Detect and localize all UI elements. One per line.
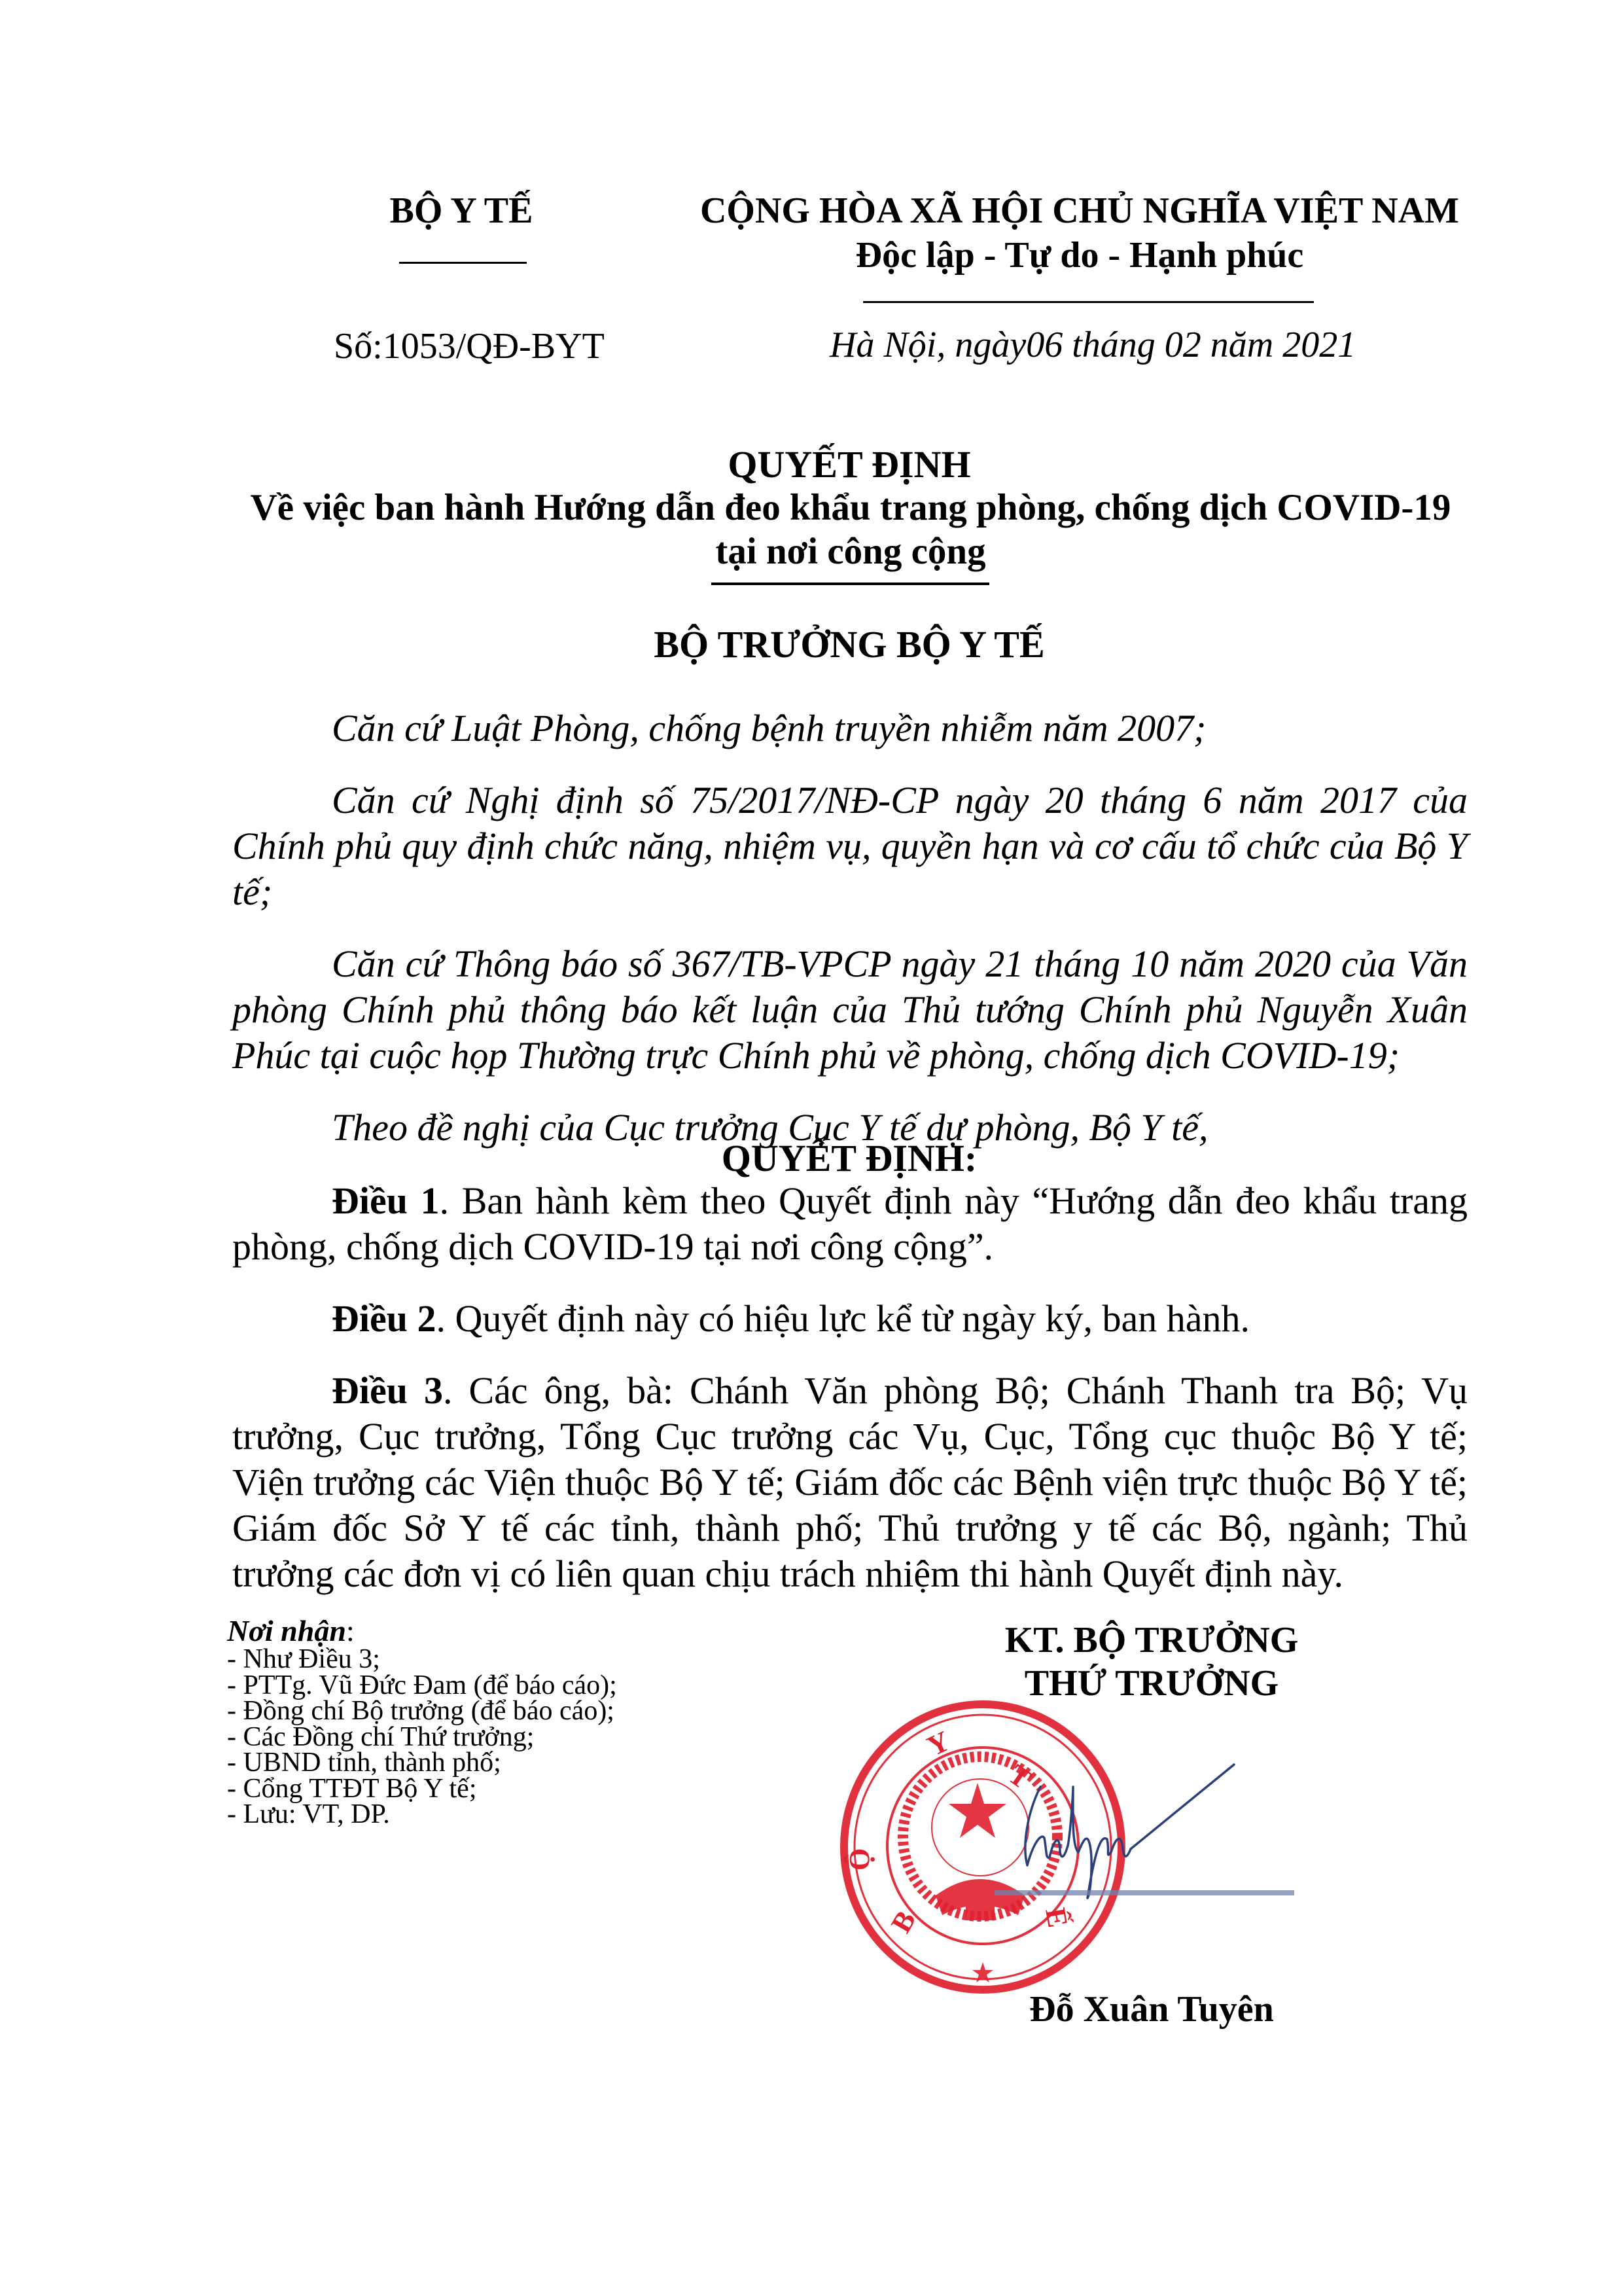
agency-underline: [399, 262, 527, 264]
document-number: Số:1053/QĐ-BYT: [334, 325, 605, 367]
preamble-block: Căn cứ Luật Phòng, chống bệnh truyền nhi…: [232, 706, 1468, 1177]
recipient-item: - Lưu: VT, DP.: [227, 1802, 617, 1828]
issuing-authority: BỘ TRƯỞNG BỘ Y TẾ: [0, 622, 1624, 666]
handwritten-signature-icon: [981, 1761, 1309, 1905]
preamble-clause: Căn cứ Thông báo số 367/TB-VPCP ngày 21 …: [232, 941, 1468, 1079]
recipient-item: - Như Điều 3;: [227, 1647, 617, 1673]
signer-name: Đỗ Xuân Tuyên: [968, 1988, 1335, 2030]
recipients-block: Nơi nhận: - Như Điều 3; - PTTg. Vũ Đức Đ…: [227, 1615, 617, 1828]
document-subject-line2: tại nơi công cộng: [0, 530, 1624, 573]
issuing-agency: BỘ Y TẾ: [366, 190, 556, 232]
subject-underline: [711, 583, 989, 585]
preamble-clause: Căn cứ Luật Phòng, chống bệnh truyền nhi…: [232, 706, 1468, 751]
document-type-title: QUYẾT ĐỊNH: [0, 442, 1624, 486]
recipient-item: - UBND tỉnh, thành phố;: [227, 1750, 617, 1776]
article-3: Điều 3. Các ông, bà: Chánh Văn phòng Bộ;…: [232, 1368, 1468, 1597]
document-subject-line1: Về việc ban hành Hướng dẫn đeo khẩu tran…: [0, 486, 1624, 529]
recipient-item: - Đồng chí Bộ trưởng (để báo cáo);: [227, 1698, 617, 1725]
signature-capacity: KT. BỘ TRƯỞNG: [968, 1619, 1335, 1661]
article-label: Điều 3: [332, 1369, 443, 1412]
place-and-date: Hà Nội, ngày06 tháng 02 năm 2021: [830, 324, 1356, 366]
article-1: Điều 1. Ban hành kèm theo Quyết định này…: [232, 1178, 1468, 1270]
preamble-clause: Căn cứ Nghị định số 75/2017/NĐ-CP ngày 2…: [232, 778, 1468, 915]
article-text: . Quyết định này có hiệu lực kể từ ngày …: [436, 1297, 1250, 1340]
recipients-heading: Nơi nhận:: [227, 1615, 617, 1647]
recipient-item: - Cổng TTĐT Bộ Y tế;: [227, 1776, 617, 1803]
article-2: Điều 2. Quyết định này có hiệu lực kể từ…: [232, 1296, 1468, 1342]
national-motto: Độc lập - Tự do - Hạnh phúc: [694, 234, 1466, 276]
signature-title: THỨ TRƯỞNG: [968, 1662, 1335, 1704]
nation-name: CỘNG HÒA XÃ HỘI CHỦ NGHĨA VIỆT NAM: [694, 190, 1466, 232]
motto-underline: [863, 301, 1314, 303]
decision-heading: QUYẾT ĐỊNH:: [0, 1136, 1624, 1180]
svg-text:Y: Y: [923, 1725, 955, 1763]
article-label: Điều 1: [332, 1179, 440, 1222]
svg-text:Ộ: Ộ: [843, 1848, 875, 1871]
recipient-item: - Các Đồng chí Thứ trưởng;: [227, 1725, 617, 1751]
articles-block: Điều 1. Ban hành kèm theo Quyết định này…: [232, 1178, 1468, 1623]
article-label: Điều 2: [332, 1297, 436, 1340]
svg-text:B: B: [885, 1905, 922, 1938]
recipient-item: - PTTg. Vũ Đức Đam (để báo cáo);: [227, 1673, 617, 1699]
svg-text:Ế: Ế: [1039, 1905, 1074, 1930]
